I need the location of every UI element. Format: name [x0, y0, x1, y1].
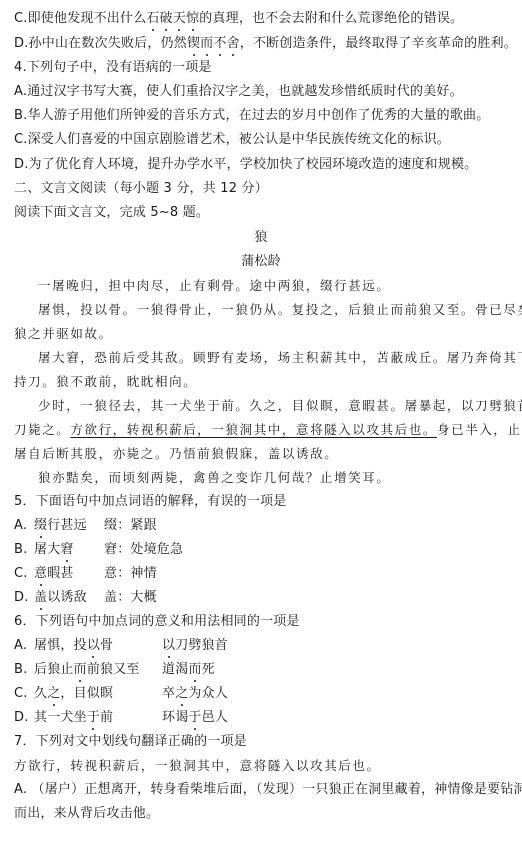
- dotted-char: 盖: [34, 590, 47, 606]
- q3-option-c: C.即使他发现不出什么石破天惊的真理，也不会去附和什么荒谬绝伦的错误。: [14, 11, 463, 27]
- text: 死: [202, 662, 215, 677]
- text: 屠惧，投: [34, 638, 87, 653]
- option-gloss: 缀：紧跟: [104, 518, 157, 533]
- dotted-char: 于: [87, 710, 100, 726]
- dotted-char: 缀: [34, 518, 47, 534]
- q4-stem: 4.下列句子中，没有语病的一项是: [14, 60, 212, 76]
- option-letter: C.: [14, 566, 34, 582]
- text: ，目似瞑: [60, 686, 113, 701]
- option-sentence-a: 其一犬坐于前: [34, 710, 162, 726]
- text: 刀毙之。: [14, 422, 70, 437]
- dotted-char: 破: [160, 11, 173, 27]
- text: 道渴: [162, 662, 188, 677]
- passage-author: 蒲松龄: [0, 254, 522, 270]
- dotted-char: 天: [173, 11, 186, 27]
- option-letter: B.: [14, 662, 34, 678]
- text: 前狼又至: [87, 662, 140, 677]
- dotted-char: 以: [162, 638, 175, 654]
- q6-option: D.其一犬坐于前环谒于邑人: [14, 710, 228, 726]
- option-phrase: 盖以诱敌: [34, 590, 104, 606]
- option-sentence-a: 后狼止而前狼又至: [34, 662, 162, 678]
- underlined-sentence: 方欲行，转视积薪后，一狼洞其中，意将隧入以攻其后也。: [70, 422, 437, 437]
- option-sentence-b: 道渴而死: [162, 662, 215, 677]
- dotted-char: 而: [188, 662, 201, 678]
- option-gloss: 意：神情: [104, 566, 157, 581]
- passage-paragraph-3-cont: 持刀。狼不敢前，眈眈相向。: [14, 374, 197, 390]
- option-gloss: 窘：处境危急: [104, 542, 183, 557]
- q5-option: D.盖以诱敌盖：大概: [14, 590, 157, 606]
- text: 暇甚: [47, 566, 73, 581]
- dotted-char: 不: [213, 36, 226, 52]
- text: 行甚远: [47, 518, 87, 533]
- text: 为众人: [188, 686, 228, 701]
- q4-option-d: D.为了优化育人环境，提升办学水平，学校加快了校园环境改造的速度和规模。: [14, 157, 477, 173]
- q4-option-c: C.深受人们喜爱的中国京剧脸谱艺术，被公认是中华民族传统文化的标识。: [14, 132, 450, 148]
- option-sentence-b: 卒之为众人: [162, 686, 228, 701]
- option-letter: A.: [14, 638, 34, 654]
- option-phrase: 缀行甚远: [34, 518, 104, 534]
- option-sentence-a: 久之，目似瞑: [34, 686, 162, 702]
- dotted-char: 意: [34, 566, 47, 582]
- text: 卒: [162, 686, 175, 701]
- text: 前: [100, 710, 113, 725]
- dotted-char: 惊: [186, 11, 199, 27]
- option-letter: D.: [14, 590, 34, 606]
- text: ，不断创造条件，最终取得了辛亥革命的胜利。: [240, 36, 517, 51]
- text: C.即使他发现不出什么: [14, 11, 146, 26]
- passage-title: 狼: [0, 230, 522, 246]
- dotted-char: 之: [47, 686, 60, 702]
- text: 久: [34, 686, 47, 701]
- section-heading: 二、文言文阅读（每小题 3 分，共 12 分）: [14, 181, 268, 197]
- dotted-char: 于: [188, 710, 201, 726]
- text: 骨: [100, 638, 113, 653]
- q3-option-d: D.孙中山在数次失败后，仍然锲而不舍，不断创造条件，最终取得了辛亥革命的胜利。: [14, 36, 517, 52]
- q5-option: C.意暇甚意：神情: [14, 566, 157, 582]
- q6-option: A.屠惧，投以骨以刀劈狼首: [14, 638, 228, 654]
- text: D.孙中山在数次失败后，仍然: [14, 36, 187, 51]
- passage-paragraph-4-cont: 刀毙之。方欲行，转视积薪后，一狼洞其中，意将隧入以攻其后也。身已半入，止露尻尾。: [14, 422, 522, 438]
- option-letter: B.: [14, 542, 34, 558]
- dotted-char: 锲: [187, 36, 200, 52]
- dotted-char: 而: [74, 662, 87, 678]
- passage-paragraph-1: 一屠晚归，担中肉尽，止有剩骨。途中两狼，缀行甚远。: [38, 278, 391, 294]
- option-letter: D.: [14, 710, 34, 726]
- passage-paragraph-3: 屠大窘，恐前后受其敌。顾野有麦场，场主积薪其中，苫蔽成丘。屠乃奔倚其下，弛担: [38, 350, 522, 366]
- text: 其一犬坐: [34, 710, 87, 725]
- option-letter: A.: [14, 518, 34, 534]
- dotted-phrase: 锲而不舍: [187, 36, 240, 51]
- q6-option: B.后狼止而前狼又至道渴而死: [14, 662, 215, 678]
- option-sentence-a: 屠惧，投以骨: [34, 638, 162, 654]
- q6-stem: 6．下列语句中加点词的意义和用法相同的一项是: [14, 614, 300, 630]
- q6-option: C.久之，目似瞑卒之为众人: [14, 686, 228, 702]
- q5-option: B.屠大窘窘：处境危急: [14, 542, 183, 558]
- q5-option: A.缀行甚远缀：紧跟: [14, 518, 157, 534]
- option-letter: C.: [14, 686, 34, 702]
- option-sentence-b: 环谒于邑人: [162, 710, 228, 725]
- q4-option-b: B.华人游子用他们所钟爱的音乐方式，在过去的岁月中创作了优秀的大量的歌曲。: [14, 108, 489, 124]
- dotted-char: 石: [146, 11, 159, 27]
- dotted-char: 窘: [60, 542, 73, 558]
- section-instruction: 阅读下面文言文，完成 5~8 题。: [14, 205, 209, 221]
- q7-quote: 方欲行，转视积薪后，一狼洞其中，意将隧入以攻其后也。: [14, 758, 381, 774]
- dotted-phrase: 石破天惊: [146, 11, 199, 26]
- text: 以诱敌: [47, 590, 87, 605]
- option-gloss: 盖：大概: [104, 590, 157, 605]
- text: 刀劈狼首: [175, 638, 228, 653]
- dotted-char: 而: [200, 36, 213, 52]
- passage-paragraph-2: 屠惧，投以骨。一狼得骨止，一狼仍从。复投之，后狼止而前狼又至。骨已尽矣，而两: [38, 302, 522, 318]
- text: 身已半入，止露尻尾。: [437, 422, 522, 437]
- text: 环谒: [162, 710, 188, 725]
- text: 的真理，也不会去附和什么荒谬绝伦的错误。: [199, 11, 463, 26]
- q5-stem: 5．下面语句中加点词语的解释，有误的一项是: [14, 494, 286, 510]
- option-phrase: 屠大窘: [34, 542, 104, 558]
- text: 屠大: [34, 542, 60, 557]
- q4-option-a: A.通过汉字书写大赛，使人们重拾汉字之美，也就越发珍惜纸质时代的美好。: [14, 84, 463, 100]
- q7-stem: 7．下列对文中划线句翻译正确的一项是: [14, 734, 247, 750]
- q7-option-a: A. （屠户）正想离开，转身看柴堆后面，（发现）一只狼正在洞里藏着，神情像是要钻…: [14, 782, 522, 798]
- q7-option-a-cont: 而出，来从背后攻击他。: [14, 806, 159, 822]
- option-phrase: 意暇甚: [34, 566, 104, 582]
- text: 邑人: [202, 710, 228, 725]
- passage-paragraph-5: 狼亦黠矣，而顷刻两毙，禽兽之变诈几何哉？止增笑耳。: [38, 470, 391, 486]
- dotted-char: 以: [87, 638, 100, 654]
- dotted-char: 之: [175, 686, 188, 702]
- dotted-char: 舍: [227, 36, 240, 52]
- passage-paragraph-4: 少时，一狼径去，其一犬坐于前。久之，目似瞑，意暇甚。屠暴起，以刀劈狼首，又数: [38, 398, 522, 414]
- text: 后狼止: [34, 662, 74, 677]
- passage-paragraph-2-cont: 狼之并驱如故。: [14, 326, 113, 342]
- passage-paragraph-4-cont2: 屠自后断其股，亦毙之。乃悟前狼假寐，盖以诱敌。: [14, 446, 338, 462]
- option-sentence-b: 以刀劈狼首: [162, 638, 228, 653]
